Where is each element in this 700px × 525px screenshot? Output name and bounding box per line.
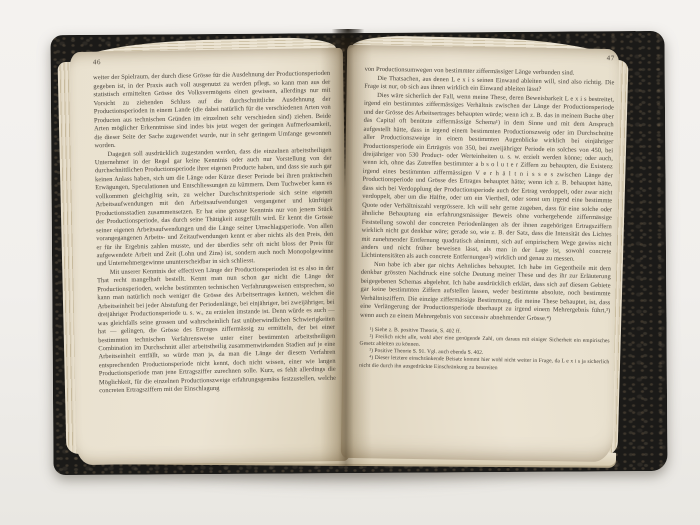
left-page-text: 46 weiter der Spielraum, der durch diese… (93, 54, 336, 396)
right-page-text: 47 von Productionsumwegen von bestimmter… (359, 50, 615, 374)
paragraph: Nun habe ich aber gar nichts Aehnliches … (360, 261, 611, 325)
paragraph: Mit unserer Kenntnis der effectiven Läng… (97, 265, 336, 396)
paragraph: Dies wäre sicherlich der Fall, wenn mein… (361, 92, 614, 266)
paragraph: weiter der Spielraum, der durch diese Gr… (93, 70, 331, 151)
footnotes-block: ¹) Siehe z. B. positive Theorie, S. 402 … (359, 327, 610, 374)
spine-top-notch (329, 29, 367, 57)
photo-background: 46 weiter der Spielraum, der durch diese… (0, 0, 700, 525)
paragraph: Dagegen soll ausdrücklich zugestanden we… (95, 146, 334, 269)
